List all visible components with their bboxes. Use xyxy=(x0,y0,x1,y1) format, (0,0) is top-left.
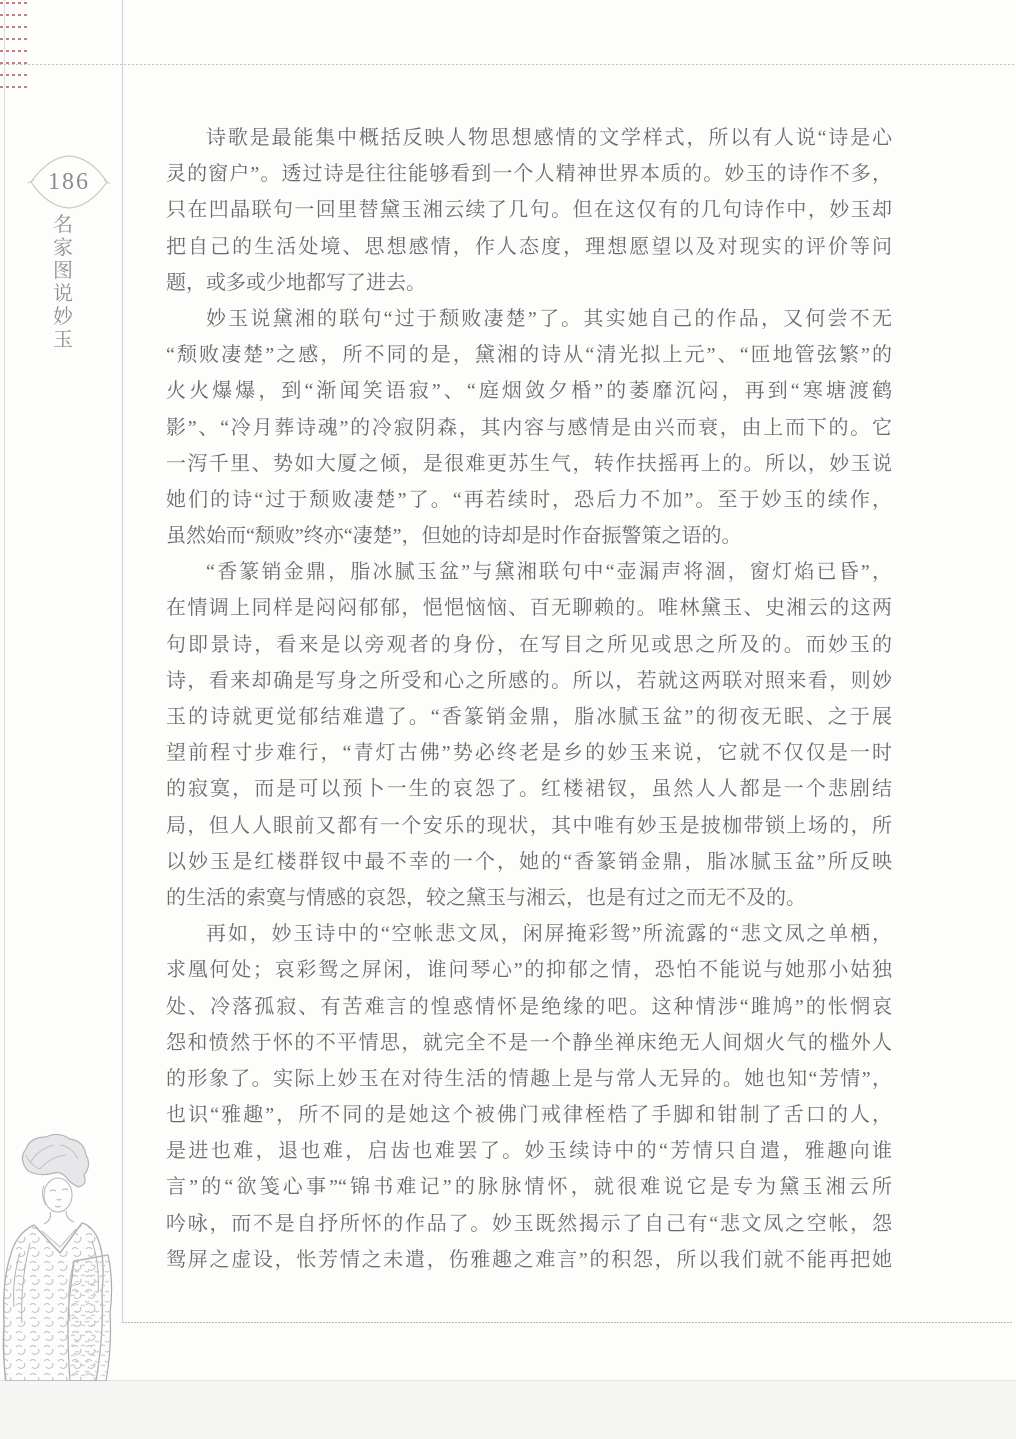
text-line: 吟咏，而不是自抒所怀的作品了。妙玉既然揭示了自己有“悲文凤之空帐，怨 xyxy=(166,1206,892,1242)
text-line: 在情调上同样是闷闷郁郁，悒悒恼恼、百无聊赖的。唯林黛玉、史湘云的这两 xyxy=(166,590,892,626)
text-line: 诗，看来却确是写身之所受和心之所感的。所以，若就这两联对照来看，则妙 xyxy=(166,663,892,699)
series-title-char: 说 xyxy=(50,283,76,305)
series-title-char: 玉 xyxy=(50,329,76,351)
woman-illustration xyxy=(0,1133,118,1381)
text-line: 玉的诗就更觉郁结难遣了。“香篆销金鼎，脂冰腻玉盆”的彻夜无眠、之于展 xyxy=(166,699,892,735)
body-text: 诗歌是最能集中概括反映人物思想感情的文学样式，所以有人说“诗是心灵的窗户”。透过… xyxy=(166,120,892,1278)
text-line: 诗歌是最能集中概括反映人物思想感情的文学样式，所以有人说“诗是心 xyxy=(166,120,892,156)
text-line: 的生活的索寞与情感的哀怨，较之黛玉与湘云，也是有过之而无不及的。 xyxy=(166,880,892,916)
text-line: “香篆销金鼎，脂冰腻玉盆”与黛湘联句中“壶漏声将涸，窗灯焰已昏”， xyxy=(166,554,892,590)
series-title-char: 图 xyxy=(50,260,76,282)
text-line: 虽然始而“颓败”终亦“凄楚”，但她的诗却是时作奋振警策之语的。 xyxy=(166,518,892,554)
text-line: 只在凹晶联句一回里替黛玉湘云续了几句。但在这仅有的几句诗作中，妙玉却 xyxy=(166,192,892,228)
series-title-char: 名 xyxy=(50,214,76,236)
text-line: 处、冷落孤寂、有苦难言的惶惑情怀是绝缘的吧。这种情涉“雎鸠”的怅惘哀 xyxy=(166,989,892,1025)
text-line: 影”、“冷月葬诗魂”的冷寂阴森，其内容与感情是由兴而衰，由上而下的。它 xyxy=(166,410,892,446)
text-line: “颓败凄楚”之感，所不同的是，黛湘的诗从“清光拟上元”、“匝地管弦繁”的 xyxy=(166,337,892,373)
text-line: 把自己的生活处境、思想感情，作人态度，理想愿望以及对现实的评价等问 xyxy=(166,229,892,265)
text-line: 的形象了。实际上妙玉在对待生活的情趣上是与常人无异的。她也知“芳情”， xyxy=(166,1061,892,1097)
page-bottom-edge xyxy=(0,1380,1016,1439)
text-line: 言”的“欲笺心事”“锦书难记”的脉脉情怀，就很难说它是专为黛玉湘云所 xyxy=(166,1169,892,1205)
text-line: 局，但人人眼前又都有一个安乐的现状，其中唯有妙玉是披枷带锁上场的，所 xyxy=(166,808,892,844)
text-line: 句即景诗，看来是以旁观者的身份，在写目之所见或思之所及的。而妙玉的 xyxy=(166,627,892,663)
text-line: 一泻千里、势如大厦之倾，是很难更苏生气，转作扶摇再上的。所以，妙玉说 xyxy=(166,446,892,482)
text-line: 火火爆爆，到“渐闻笑语寂”、“庭烟敛夕棔”的萎靡沉闷，再到“寒塘渡鹤 xyxy=(166,373,892,409)
series-title-vertical: 名家图说妙玉 xyxy=(50,214,76,352)
top-divider-rule xyxy=(0,64,1016,65)
text-line: 妙玉说黛湘的联句“过于颓败凄楚”了。其实她自己的作品，又何尝不无 xyxy=(166,301,892,337)
text-line: 她们的诗“过于颓败凄楚”了。“再若续时，恐后力不加”。至于妙玉的续作， xyxy=(166,482,892,518)
text-line: 也识“雅趣”，所不同的是她这个被佛门戒律桎梏了手脚和钳制了舌口的人， xyxy=(166,1097,892,1133)
text-line: 的寂寞，而是可以预卜一生的哀怨了。红楼裙钗，虽然人人都是一个悲剧结 xyxy=(166,771,892,807)
series-title-char: 家 xyxy=(50,237,76,259)
series-title-char: 妙 xyxy=(50,306,76,328)
text-line: 再如，妙玉诗中的“空帐悲文凤，闲屏掩彩鸳”所流露的“悲文凤之单栖， xyxy=(166,916,892,952)
text-line: 灵的窗户”。透过诗是往往能够看到一个人精神世界本质的。妙玉的诗作不多， xyxy=(166,156,892,192)
page-number-badge: 186 xyxy=(27,150,111,214)
page-number: 186 xyxy=(27,150,111,214)
bottom-divider-rule xyxy=(122,1322,1012,1323)
text-line: 鸳屏之虚设，怅芳情之未遣，伤雅趣之难言”的积怨，所以我们就不能再把她 xyxy=(166,1242,892,1278)
woman-sketch-icon xyxy=(0,1133,118,1381)
text-line: 求凰何处；哀彩鸳之屏闲，谁问琴心”的抑郁之情，恐怕不能说与她那小姑独 xyxy=(166,952,892,988)
text-line: 怨和愤然于怀的不平情思，就完全不是一个静坐禅床绝无人间烟火气的槛外人 xyxy=(166,1025,892,1061)
margin-vertical-rule xyxy=(122,0,123,1323)
text-line: 题，或多或少地都写了进去。 xyxy=(166,265,892,301)
text-line: 望前程寸步难行，“青灯古佛”势必终老是乡的妙玉来说，它就不仅仅是一时 xyxy=(166,735,892,771)
text-line: 以妙玉是红楼群钗中最不幸的一个，她的“香篆销金鼎，脂冰腻玉盆”所反映 xyxy=(166,844,892,880)
text-line: 是进也难，退也难，启齿也难罢了。妙玉续诗中的“芳情只自遣，雅趣向谁 xyxy=(166,1133,892,1169)
